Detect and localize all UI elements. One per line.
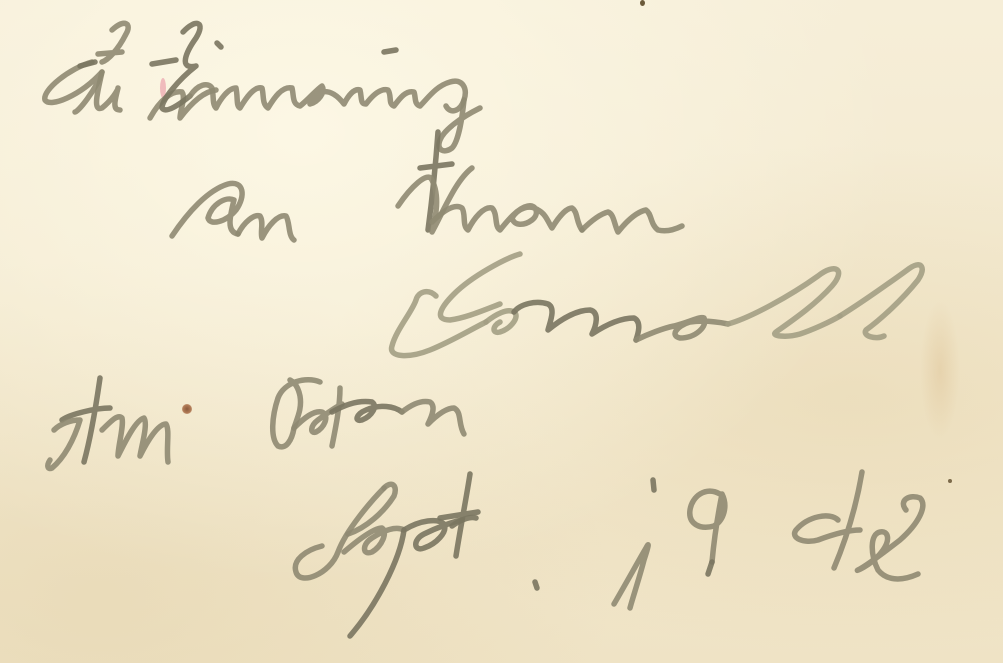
- transcript-line-2: an Herrn: [170, 185, 429, 250]
- transcript-line-4: im Osten: [45, 385, 318, 455]
- transcript-line-1: Zur Erinnerung: [45, 60, 522, 130]
- transcript-line-3: Ermell: [390, 270, 607, 344]
- aged-paper-note: Zur Erinnerung an Herrn Ermell im Osten …: [0, 0, 1003, 663]
- transcript-line-5: Sept. 1942: [300, 500, 652, 574]
